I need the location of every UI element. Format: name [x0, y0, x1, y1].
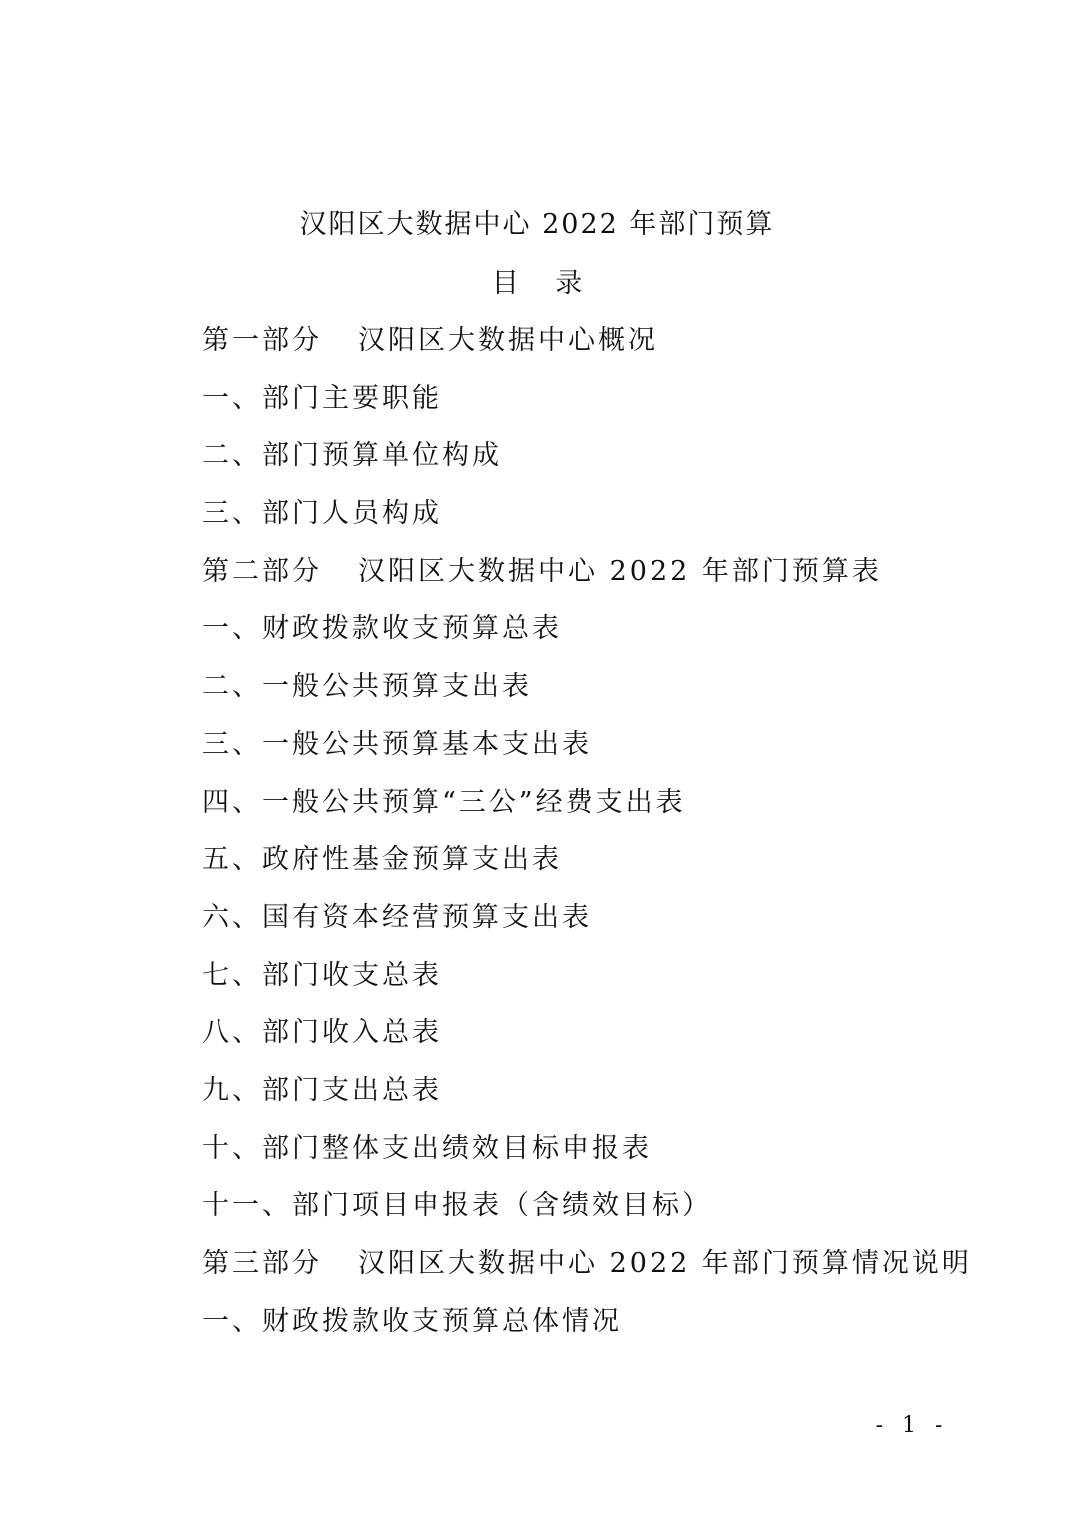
toc-item[interactable]: 三、一般公共预算基本支出表 [202, 723, 1002, 781]
toc-item[interactable]: 六、国有资本经营预算支出表 [202, 896, 1002, 954]
toc-item[interactable]: 九、部门支出总表 [202, 1069, 1002, 1127]
toc-item[interactable]: 四、一般公共预算“三公”经费支出表 [202, 781, 1002, 839]
toc-part-label: 第二部分 [202, 556, 322, 587]
toc-item[interactable]: 二、部门预算单位构成 [202, 434, 1002, 492]
toc-part-label: 第三部分 [202, 1248, 322, 1279]
toc-item[interactable]: 五、政府性基金预算支出表 [202, 838, 1002, 896]
toc-part-title: 汉阳区大数据中心 2022 年部门预算情况说明 [358, 1248, 972, 1279]
toc-heading: 目 录 [0, 262, 1074, 306]
document-title: 汉阳区大数据中心 2022 年部门预算 [0, 203, 1074, 247]
toc-item[interactable]: 十、部门整体支出绩效目标申报表 [202, 1127, 1002, 1185]
toc-part-1[interactable]: 第一部分汉阳区大数据中心概况 [202, 319, 1002, 377]
toc-part-title: 汉阳区大数据中心概况 [358, 325, 658, 356]
toc-part-2[interactable]: 第二部分汉阳区大数据中心 2022 年部门预算表 [202, 550, 1002, 608]
toc-item[interactable]: 二、一般公共预算支出表 [202, 665, 1002, 723]
toc-heading-char: 录 [555, 262, 582, 306]
toc-heading-char: 目 [492, 262, 519, 306]
toc-part-label: 第一部分 [202, 325, 322, 356]
table-of-contents: 第一部分汉阳区大数据中心概况 一、部门主要职能 二、部门预算单位构成 三、部门人… [202, 319, 1002, 1357]
toc-part-3[interactable]: 第三部分汉阳区大数据中心 2022 年部门预算情况说明 [202, 1242, 1002, 1300]
toc-item[interactable]: 七、部门收支总表 [202, 954, 1002, 1012]
toc-item[interactable]: 一、财政拨款收支预算总体情况 [202, 1300, 1002, 1358]
toc-item[interactable]: 三、部门人员构成 [202, 492, 1002, 550]
toc-item[interactable]: 八、部门收入总表 [202, 1011, 1002, 1069]
toc-item[interactable]: 一、财政拨款收支预算总表 [202, 607, 1002, 665]
page-number: - 1 - [872, 1413, 952, 1438]
toc-item[interactable]: 一、部门主要职能 [202, 377, 1002, 435]
toc-part-title: 汉阳区大数据中心 2022 年部门预算表 [358, 556, 882, 587]
toc-item[interactable]: 十一、部门项目申报表（含绩效目标） [202, 1184, 1002, 1242]
